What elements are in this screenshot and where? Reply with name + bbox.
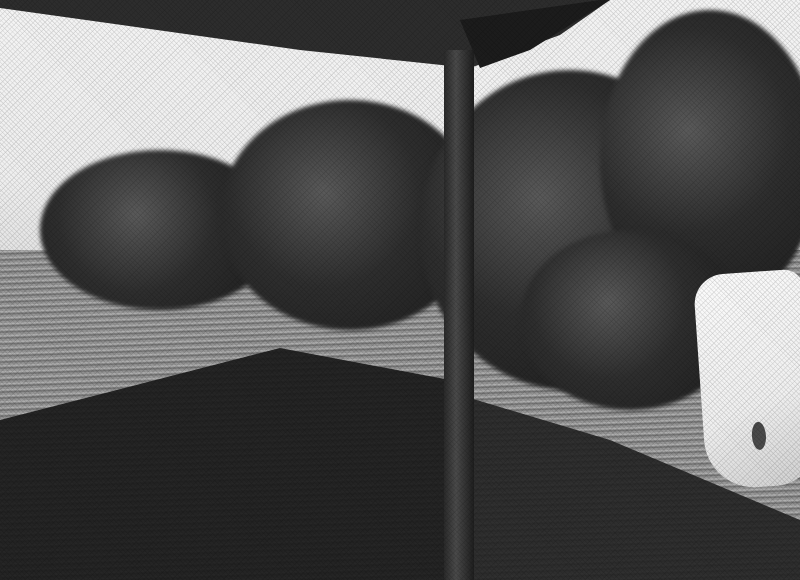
pencil-drawing — [0, 0, 800, 580]
pencil-texture — [0, 0, 800, 580]
